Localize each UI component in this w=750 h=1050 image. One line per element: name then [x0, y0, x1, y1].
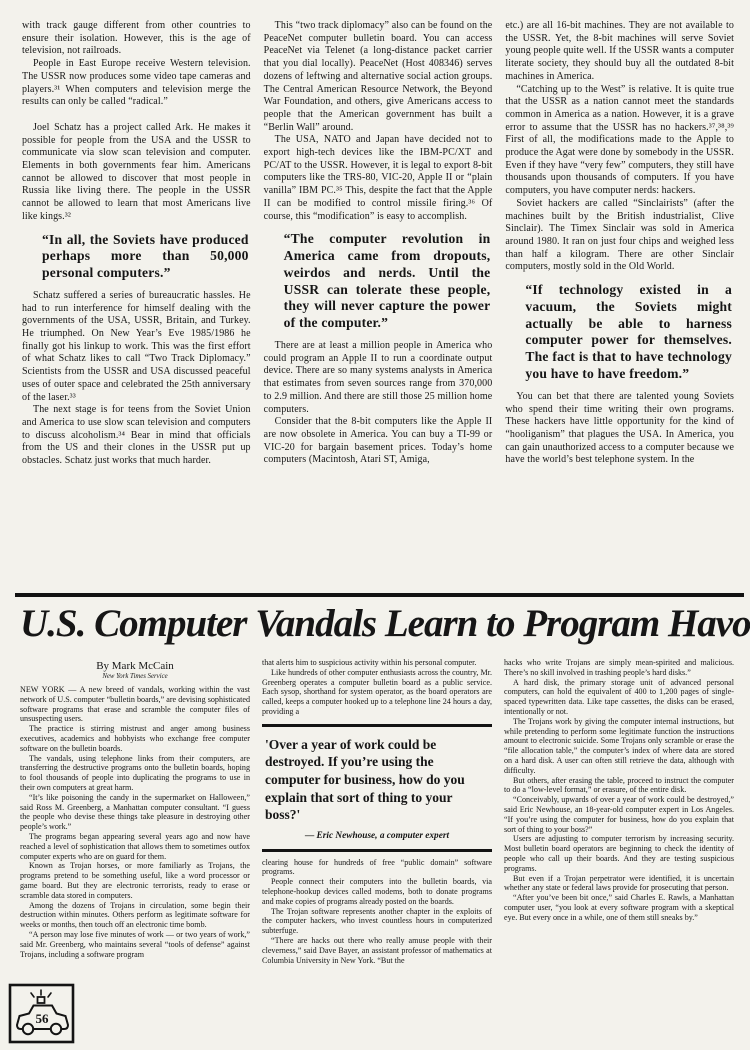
paragraph: with track gauge different from other co…	[22, 20, 251, 58]
top-article-column-2: This “two track diplomacy” also can be f…	[264, 20, 493, 590]
paragraph: Users are adjusting to computer terroris…	[504, 834, 734, 873]
pull-quote: “In all, the Soviets have produced perha…	[22, 224, 251, 290]
paragraph: Among the dozens of Trojans in circulati…	[20, 901, 250, 930]
paragraph: The vandals, using telephone links from …	[20, 754, 250, 793]
bottom-article-column-2: that alerts him to suspicious activity w…	[262, 658, 492, 1000]
paragraph: But even if a Trojan perpetrator were id…	[504, 874, 734, 894]
paragraph: But others, after erasing the table, pro…	[504, 776, 734, 796]
paragraph: Schatz suffered a series of bureaucratic…	[22, 290, 251, 404]
bottom-article-column-1: By Mark McCain New York Times Service NE…	[20, 658, 250, 1000]
paragraph: People in East Europe receive Western te…	[22, 58, 251, 109]
bottom-article-column-3: hacks who write Trojans are simply mean-…	[504, 658, 734, 1000]
paragraph: clearing house for hundreds of free “pub…	[262, 858, 492, 878]
paragraph: The programs began appearing several yea…	[20, 832, 250, 861]
paragraph: The Trojans work by giving the computer …	[504, 717, 734, 776]
paragraph: Known as Trojan horses, or more familiar…	[20, 861, 250, 900]
scanned-magazine-page: with track gauge different from other co…	[0, 0, 750, 1050]
paragraph: The practice is stirring mistrust and an…	[20, 724, 250, 753]
paragraph: NEW YORK — A new breed of vandals, worki…	[20, 685, 250, 724]
paragraph: The Trojan software represents another c…	[262, 907, 492, 936]
paragraph: The USA, NATO and Japan have decided not…	[264, 134, 493, 223]
paragraph: Consider that the 8-bit computers like t…	[264, 416, 493, 467]
byline: By Mark McCain	[20, 660, 250, 673]
section-divider-rule	[15, 593, 744, 597]
bottom-article: By Mark McCain New York Times Service NE…	[20, 658, 734, 1000]
paragraph: “It’s like poisoning the candy in the su…	[20, 793, 250, 832]
top-article-column-1: with track gauge different from other co…	[22, 20, 251, 590]
pull-quote-attribution: — Eric Newhouse, a computer expert	[265, 832, 489, 842]
paragraph: Like hundreds of other computer enthusia…	[262, 668, 492, 717]
pull-quote: 'Over a year of work could be destroyed.…	[265, 736, 489, 824]
pull-quote: “If technology existed in a vacuum, the …	[505, 274, 734, 391]
paragraph: You can bet that there are talented youn…	[505, 391, 734, 467]
paragraph: This “two track diplomacy” also can be f…	[264, 20, 493, 134]
article-headline: U.S. Computer Vandals Learn to Program H…	[20, 602, 734, 646]
paragraph: “A person may lose five minutes of work …	[20, 930, 250, 959]
paragraph: hacks who write Trojans are simply mean-…	[504, 658, 734, 678]
pull-quote-box: 'Over a year of work could be destroyed.…	[262, 724, 492, 852]
paragraph: “Conceivably, upwards of over a year of …	[504, 795, 734, 834]
paragraph: There are at least a million people in A…	[264, 340, 493, 416]
paragraph: “Catching up to the West” is relative. I…	[505, 84, 734, 198]
paragraph: A hard disk, the primary storage unit of…	[504, 678, 734, 717]
paragraph: “After you’ve been bit once,” said Charl…	[504, 893, 734, 922]
paragraph: etc.) are all 16-bit machines. They are …	[505, 20, 734, 84]
paragraph: The next stage is for teens from the Sov…	[22, 404, 251, 468]
byline-credit: New York Times Service	[20, 673, 250, 681]
top-article-column-3: etc.) are all 16-bit machines. They are …	[505, 20, 734, 590]
pull-quote: “The computer revolution in America came…	[264, 223, 493, 340]
police-car-icon: 56	[8, 983, 76, 1045]
top-article: with track gauge different from other co…	[22, 20, 734, 590]
paragraph: People connect their computers into the …	[262, 877, 492, 906]
paragraph: “There are hacks out there who really am…	[262, 936, 492, 965]
paragraph: Joel Schatz has a project called Ark. He…	[22, 122, 251, 224]
page-number: 56	[36, 1011, 50, 1026]
paragraph: that alerts him to suspicious activity w…	[262, 658, 492, 668]
paragraph: Soviet hackers are called “Sinclairists”…	[505, 198, 734, 274]
